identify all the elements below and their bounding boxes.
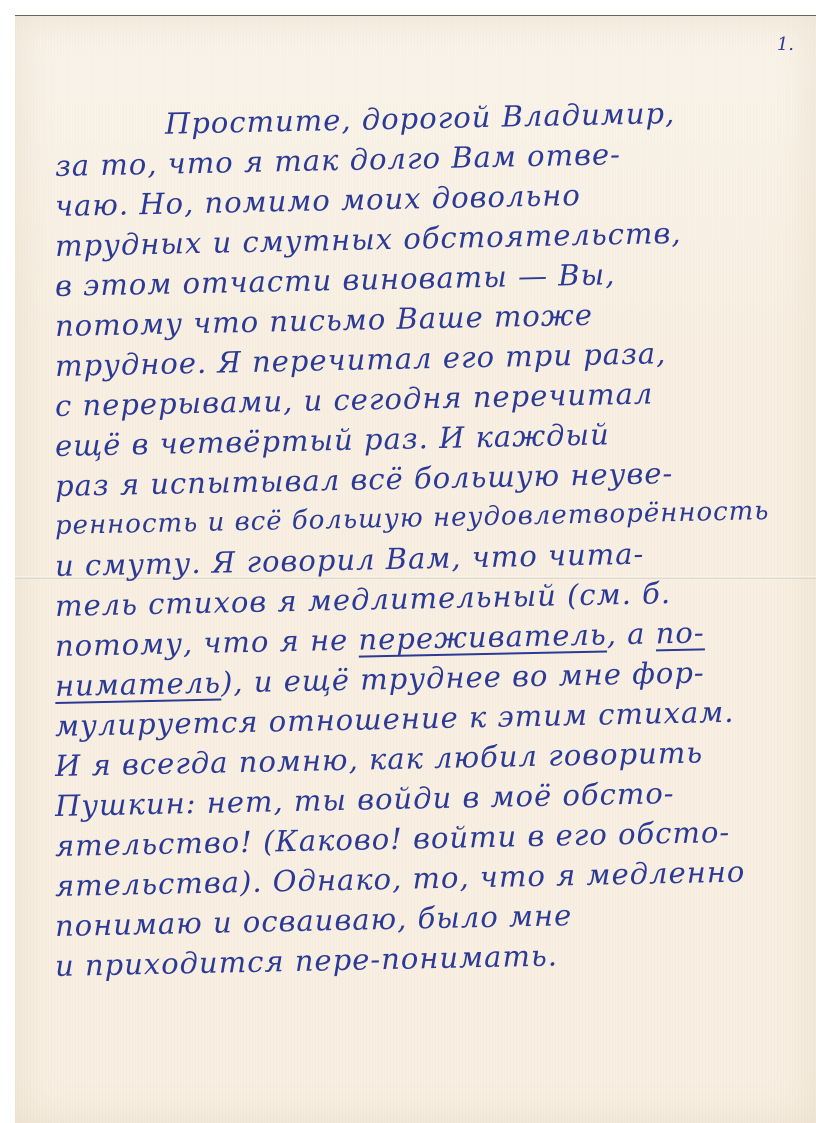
underlined-word: по-	[655, 615, 705, 650]
page-number: 1.	[777, 34, 794, 55]
line-text: потому, что я не	[55, 623, 359, 663]
letter-body: Простите, дорогой Владимир, за то, что я…	[55, 106, 815, 986]
letter-page: 1. Простите, дорогой Владимир, за то, чт…	[15, 15, 816, 1123]
underlined-word: переживатель	[358, 617, 607, 656]
line-text: , а	[606, 616, 656, 651]
underlined-word: ниматель	[55, 666, 222, 703]
